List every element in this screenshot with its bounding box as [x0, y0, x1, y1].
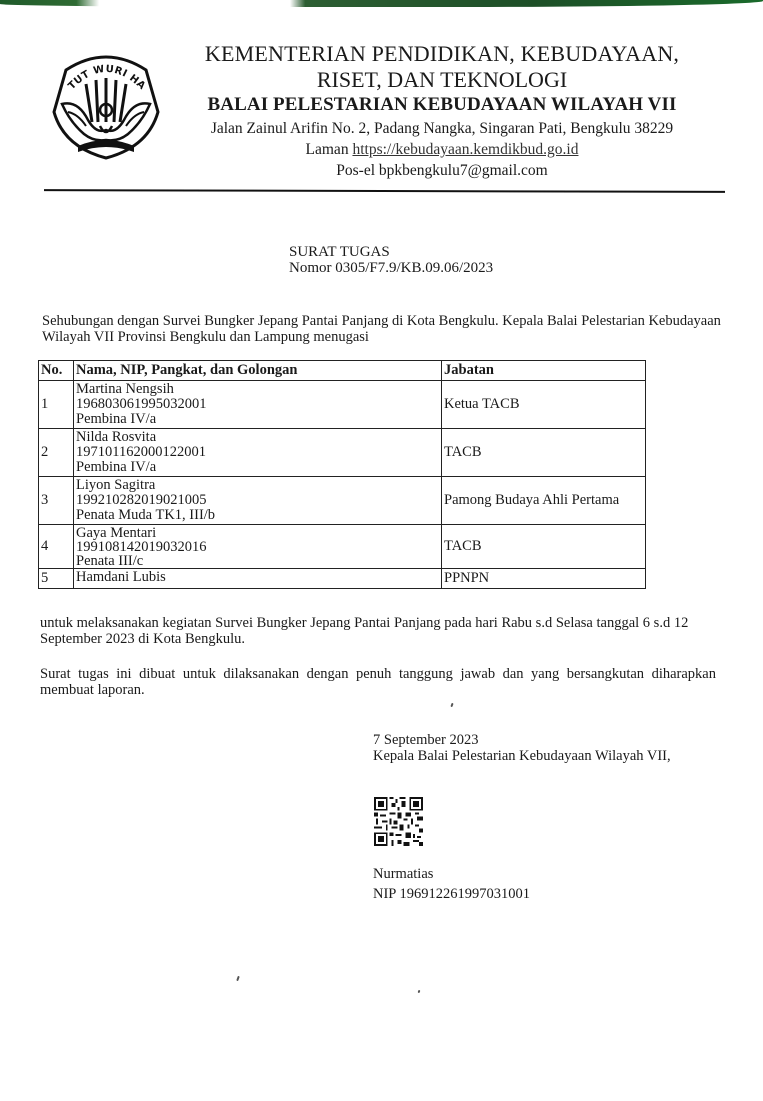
row-no: 4 [39, 525, 74, 569]
row-identity: Liyon Sagitra 199210282019021005 Penata … [74, 477, 442, 525]
row-no: 1 [39, 381, 74, 429]
scan-speck [418, 990, 421, 994]
staff-nip: 199108142019032016 [76, 540, 439, 554]
table-row: 4 Gaya Mentari 199108142019032016 Penata… [39, 525, 646, 569]
staff-name: Hamdani Lubis [76, 570, 439, 585]
row-identity: Nilda Rosvita 197101162000122001 Pembina… [74, 429, 442, 477]
tut-wuri-handayani-logo-icon: TUT WURI HANDAYANI [48, 42, 164, 162]
website-label: Laman [306, 141, 349, 158]
staff-nip: 197101162000122001 [76, 445, 439, 460]
signature-block: 7 September 2023 Kepala Balai Pelestaria… [373, 732, 671, 764]
header-position: Jabatan [442, 361, 646, 381]
staff-position: TACB [442, 429, 646, 477]
row-no: 3 [39, 477, 74, 525]
row-identity: Gaya Mentari 199108142019032016 Penata I… [74, 525, 442, 569]
email-line: Pos-el bpkbengkulu7@gmail.com [172, 160, 712, 182]
email-address[interactable]: bpkbengkulu7@gmail.com [379, 162, 548, 179]
signatory-nip: NIP 196912261997031001 [373, 884, 530, 904]
signatory: Nurmatias NIP 196912261997031001 [373, 864, 530, 904]
table-row: 1 Martina Nengsih 196803061995032001 Pem… [39, 381, 646, 429]
staff-position: Pamong Budaya Ahli Pertama [442, 477, 646, 525]
scan-speck [450, 703, 453, 707]
staff-rank: Pembina IV/a [76, 460, 439, 475]
document-title: SURAT TUGAS [289, 244, 493, 260]
signatory-name: Nurmatias [373, 864, 530, 884]
staff-rank: Penata III/c [76, 554, 439, 568]
document-title-block: SURAT TUGAS Nomor 0305/F7.9/KB.09.06/202… [289, 244, 493, 276]
green-scan-edge [0, 0, 763, 7]
staff-position: PPNPN [442, 569, 646, 589]
intro-paragraph: Sehubungan dengan Survei Bungker Jepang … [42, 313, 722, 345]
staff-rank: Penata Muda TK1, III/b [76, 508, 439, 523]
staff-name: Liyon Sagitra [76, 478, 439, 493]
office-name: BALAI PELESTARIAN KEBUDAYAAN WILAYAH VII [172, 93, 712, 117]
row-no: 5 [39, 569, 74, 589]
row-identity: Hamdani Lubis [74, 569, 442, 589]
staff-position: TACB [442, 525, 646, 569]
staff-name: Martina Nengsih [76, 382, 439, 397]
office-address: Jalan Zainul Arifin No. 2, Padang Nangka… [172, 118, 712, 139]
table-header-row: No. Nama, NIP, Pangkat, dan Golongan Jab… [39, 361, 646, 381]
table-row: 3 Liyon Sagitra 199210282019021005 Penat… [39, 477, 646, 525]
signature-date: 7 September 2023 [373, 732, 671, 748]
letterhead: KEMENTERIAN PENDIDIKAN, KEBUDAYAAN, RISE… [172, 40, 712, 182]
signatory-title: Kepala Balai Pelestarian Kebudayaan Wila… [373, 748, 671, 764]
qr-code-signature-icon [374, 797, 423, 846]
staff-table: No. Nama, NIP, Pangkat, dan Golongan Jab… [38, 360, 646, 589]
staff-nip: 196803061995032001 [76, 397, 439, 412]
header-no: No. [39, 361, 74, 381]
closing-paragraph: Surat tugas ini dibuat untuk dilaksanaka… [40, 666, 716, 698]
website-line: Laman https://kebudayaan.kemdikbud.go.id [172, 139, 712, 160]
document-number: Nomor 0305/F7.9/KB.09.06/2023 [289, 260, 493, 276]
table-row: 5 Hamdani Lubis PPNPN [39, 569, 646, 589]
table-row: 2 Nilda Rosvita 197101162000122001 Pembi… [39, 429, 646, 477]
scan-speck [236, 976, 240, 981]
staff-rank: Pembina IV/a [76, 412, 439, 427]
letterhead-divider [44, 189, 725, 193]
staff-position: Ketua TACB [442, 381, 646, 429]
email-label: Pos-el [336, 162, 375, 179]
task-paragraph: untuk melaksanakan kegiatan Survei Bungk… [40, 615, 720, 647]
header-name: Nama, NIP, Pangkat, dan Golongan [74, 361, 442, 381]
row-identity: Martina Nengsih 196803061995032001 Pembi… [74, 381, 442, 429]
website-link[interactable]: https://kebudayaan.kemdikbud.go.id [352, 141, 578, 158]
row-no: 2 [39, 429, 74, 477]
ministry-name-line1: KEMENTERIAN PENDIDIKAN, KEBUDAYAAN, [172, 40, 712, 67]
staff-name: Gaya Mentari [76, 526, 439, 540]
ministry-name-line2: RISET, DAN TEKNOLOGI [172, 67, 712, 93]
staff-nip: 199210282019021005 [76, 493, 439, 508]
staff-name: Nilda Rosvita [76, 430, 439, 445]
